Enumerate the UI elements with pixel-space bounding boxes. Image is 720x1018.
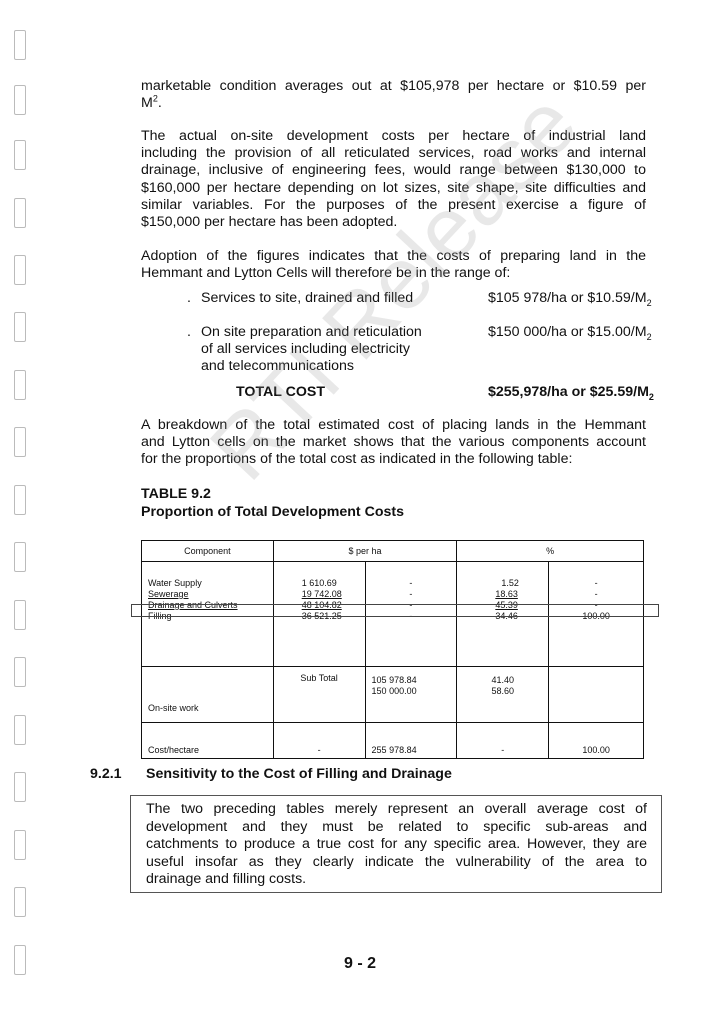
cell-value: 45.39 [463, 600, 542, 611]
total-label: TOTAL COST [236, 384, 325, 401]
cost-item-label: On site preparation and reticulation [201, 324, 422, 341]
cell-value: 100.00 [549, 723, 644, 759]
empty-cell [549, 667, 644, 723]
binding-hole-icon [14, 140, 26, 170]
cell-value: 36 521.25 [280, 611, 359, 622]
unit-subscript: 2 [649, 392, 654, 402]
binding-hole-icon [14, 600, 26, 630]
paragraph-line: development and they must be related to … [146, 819, 647, 837]
binding-hole-icon [14, 830, 26, 860]
cell-value: 34.46 [463, 611, 542, 622]
table-row-components: Water Supply Sewerage Drainage and Culve… [142, 562, 644, 667]
cell-value: - [372, 611, 451, 622]
unit-text: M [141, 95, 153, 111]
cell-value: 18.63 [463, 589, 542, 600]
section-title: Sensitivity to the Cost of Filling and D… [146, 766, 452, 782]
cell-value: 58.60 [463, 686, 542, 697]
cell-value: - [457, 723, 549, 759]
cell-value: 48 104.82 [280, 600, 359, 611]
component-name: Drainage and Culverts [148, 600, 267, 611]
cell-value: 41.40 [463, 675, 542, 686]
subtotal-per-ha: 105 978.84 150 000.00 [365, 667, 457, 723]
table-number: TABLE 9.2 [141, 485, 404, 503]
value-text: $255,978/ha or $25.59/M [488, 384, 649, 400]
development-costs-table: Component $ per ha % Water Supply Sewera… [141, 540, 644, 759]
paragraph-line: Hemmant and Lytton Cells will therefore … [141, 265, 646, 282]
intro-paragraph: marketable condition averages out at $10… [141, 78, 646, 112]
paragraph-line: The actual on-site development costs per… [141, 128, 646, 145]
sensitivity-text: The two preceding tables merely represen… [146, 801, 647, 889]
table-title: Proportion of Total Development Costs [141, 503, 404, 521]
paragraph-line: including the provision of all reticulat… [141, 145, 646, 162]
header-per-ha: $ per ha [273, 541, 457, 562]
cost-item-label: Services to site, drained and filled [201, 290, 413, 307]
paragraph-line: useful insofar as they clearly indicate … [146, 854, 647, 872]
cost-item-label: of all services including electricity [201, 341, 410, 358]
component-name: Sewerage [148, 589, 267, 600]
per-ha-totals: - - - - [365, 562, 457, 667]
cell-value: - [372, 600, 451, 611]
paragraph-line: $150,000 per hectare has been adopted. [141, 214, 646, 231]
document-page: marketable condition averages out at $10… [0, 0, 720, 1018]
binding-hole-icon [14, 887, 26, 917]
intro-line: M2. [141, 95, 646, 112]
binding-hole-icon [14, 485, 26, 515]
cost-item-value: $150 000/ha or $15.00/M2 [488, 324, 652, 341]
paragraph-line: drainage and filling costs. [146, 871, 647, 889]
section-number: 9.2.1 [90, 766, 122, 782]
binding-hole-icon [14, 30, 26, 60]
value-text: $105 978/ha or $10.59/M [488, 290, 647, 306]
percent-totals: - - - 100.00 [549, 562, 644, 667]
cell-value: 1.52 [463, 578, 542, 589]
per-ha-values: 1 610.69 19 742.08 48 104.82 36 521.25 [273, 562, 365, 667]
unit-subscript: 2 [647, 332, 652, 342]
cell-value: 150 000.00 [372, 686, 451, 697]
component-names: Water Supply Sewerage Drainage and Culve… [142, 562, 274, 667]
component-name: Water Supply [148, 578, 267, 589]
table-header-row: Component $ per ha % [142, 541, 644, 562]
header-percent: % [457, 541, 644, 562]
cell-value: - [273, 723, 365, 759]
paragraph-line: A breakdown of the total estimated cost … [141, 417, 646, 434]
adoption-paragraph: Adoption of the figures indicates that t… [141, 248, 646, 282]
header-component: Component [142, 541, 274, 562]
value-text: $150 000/ha or $15.00/M [488, 324, 647, 340]
component-name: Filling [148, 611, 267, 622]
row-label: Cost/hectare [142, 723, 274, 759]
cell-value: - [555, 600, 637, 611]
binding-hole-icon [14, 312, 26, 342]
total-value: $255,978/ha or $25.59/M2 [488, 384, 654, 401]
cell-value: 105 978.84 [372, 675, 451, 686]
unit-subscript: 2 [647, 298, 652, 308]
subtotal-label: Sub Total [273, 667, 365, 723]
cell-value: - [555, 589, 637, 600]
binding-hole-icon [14, 370, 26, 400]
binding-hole-icon [14, 198, 26, 228]
cell-value: - [555, 578, 637, 589]
subtotal-percent: 41.40 58.60 [457, 667, 549, 723]
breakdown-paragraph: A breakdown of the total estimated cost … [141, 417, 646, 469]
cell-value: 19 742.08 [280, 589, 359, 600]
cost-item-label: and telecommunications [201, 358, 354, 375]
paragraph-line: drainage, inclusive of engineering fees,… [141, 162, 646, 179]
table-caption: TABLE 9.2 Proportion of Total Developmen… [141, 485, 404, 521]
binding-hole-icon [14, 772, 26, 802]
binding-hole-icon [14, 255, 26, 285]
bullet: . [187, 290, 191, 307]
row-label: On-site work [142, 667, 274, 723]
paragraph-line: catchments to produce a true cost for an… [146, 836, 647, 854]
cell-value: 100.00 [555, 611, 637, 622]
cell-value: 1 610.69 [280, 578, 359, 589]
cost-item-value: $105 978/ha or $10.59/M2 [488, 290, 652, 307]
paragraph-line: $160,000 per hectare depending on lot si… [141, 180, 646, 197]
page-number: 9 - 2 [0, 955, 720, 973]
intro-line: marketable condition averages out at $10… [141, 78, 646, 95]
onsite-costs-paragraph: The actual on-site development costs per… [141, 128, 646, 231]
paragraph-line: Adoption of the figures indicates that t… [141, 248, 646, 265]
percent-values: 1.52 18.63 45.39 34.46 [457, 562, 549, 667]
binding-hole-icon [14, 427, 26, 457]
paragraph-line: for the proportions of the total cost as… [141, 451, 646, 468]
cell-value: - [372, 589, 451, 600]
cell-value: 255 978.84 [365, 723, 457, 759]
binding-hole-icon [14, 657, 26, 687]
paragraph-line: and Lytton cells on the market shows tha… [141, 434, 646, 451]
unit-suffix: . [158, 95, 162, 111]
table-row-subtotal: On-site work Sub Total 105 978.84 150 00… [142, 667, 644, 723]
table-row-cost-hectare: Cost/hectare - 255 978.84 - 100.00 [142, 723, 644, 759]
sensitivity-box: The two preceding tables merely represen… [130, 795, 662, 893]
binding-hole-icon [14, 542, 26, 572]
paragraph-line: similar variables. For the purposes of t… [141, 197, 646, 214]
bullet: . [187, 324, 191, 341]
binding-hole-icon [14, 85, 26, 115]
paragraph-line: The two preceding tables merely represen… [146, 801, 647, 819]
cell-value: - [372, 578, 451, 589]
binding-hole-icon [14, 715, 26, 745]
